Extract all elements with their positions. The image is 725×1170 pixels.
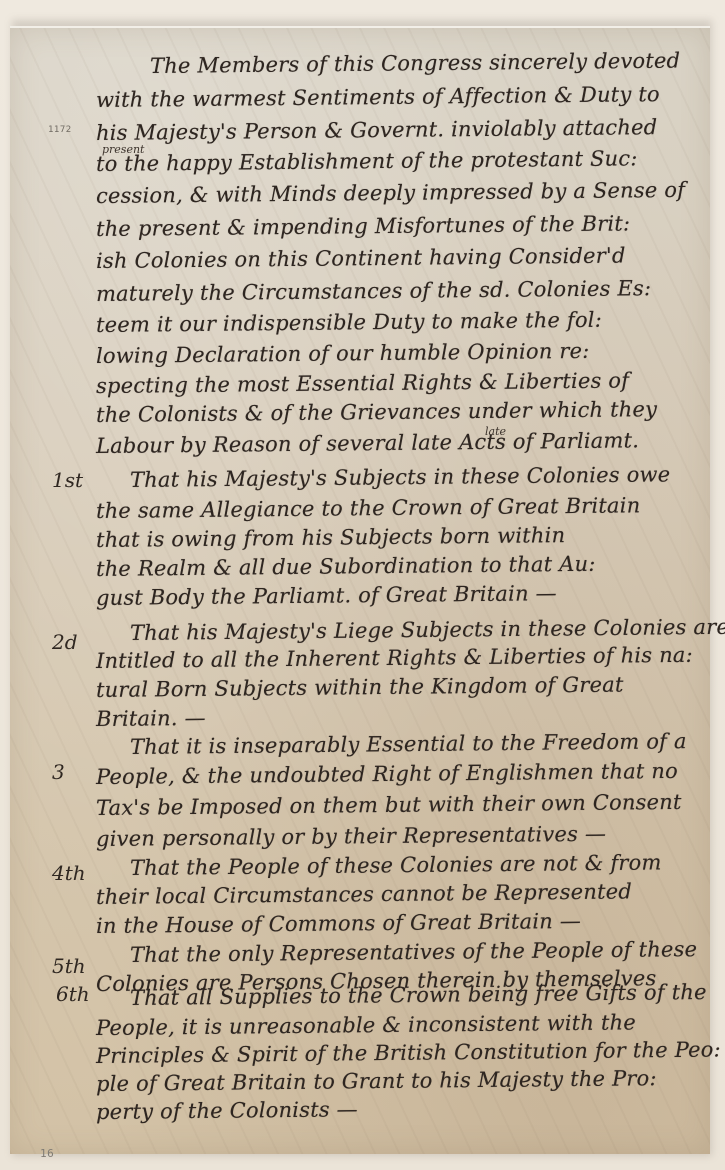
margin-marker-6th-visible: 6th <box>56 982 90 1006</box>
resolution-6-block: 6th <box>10 26 710 1152</box>
